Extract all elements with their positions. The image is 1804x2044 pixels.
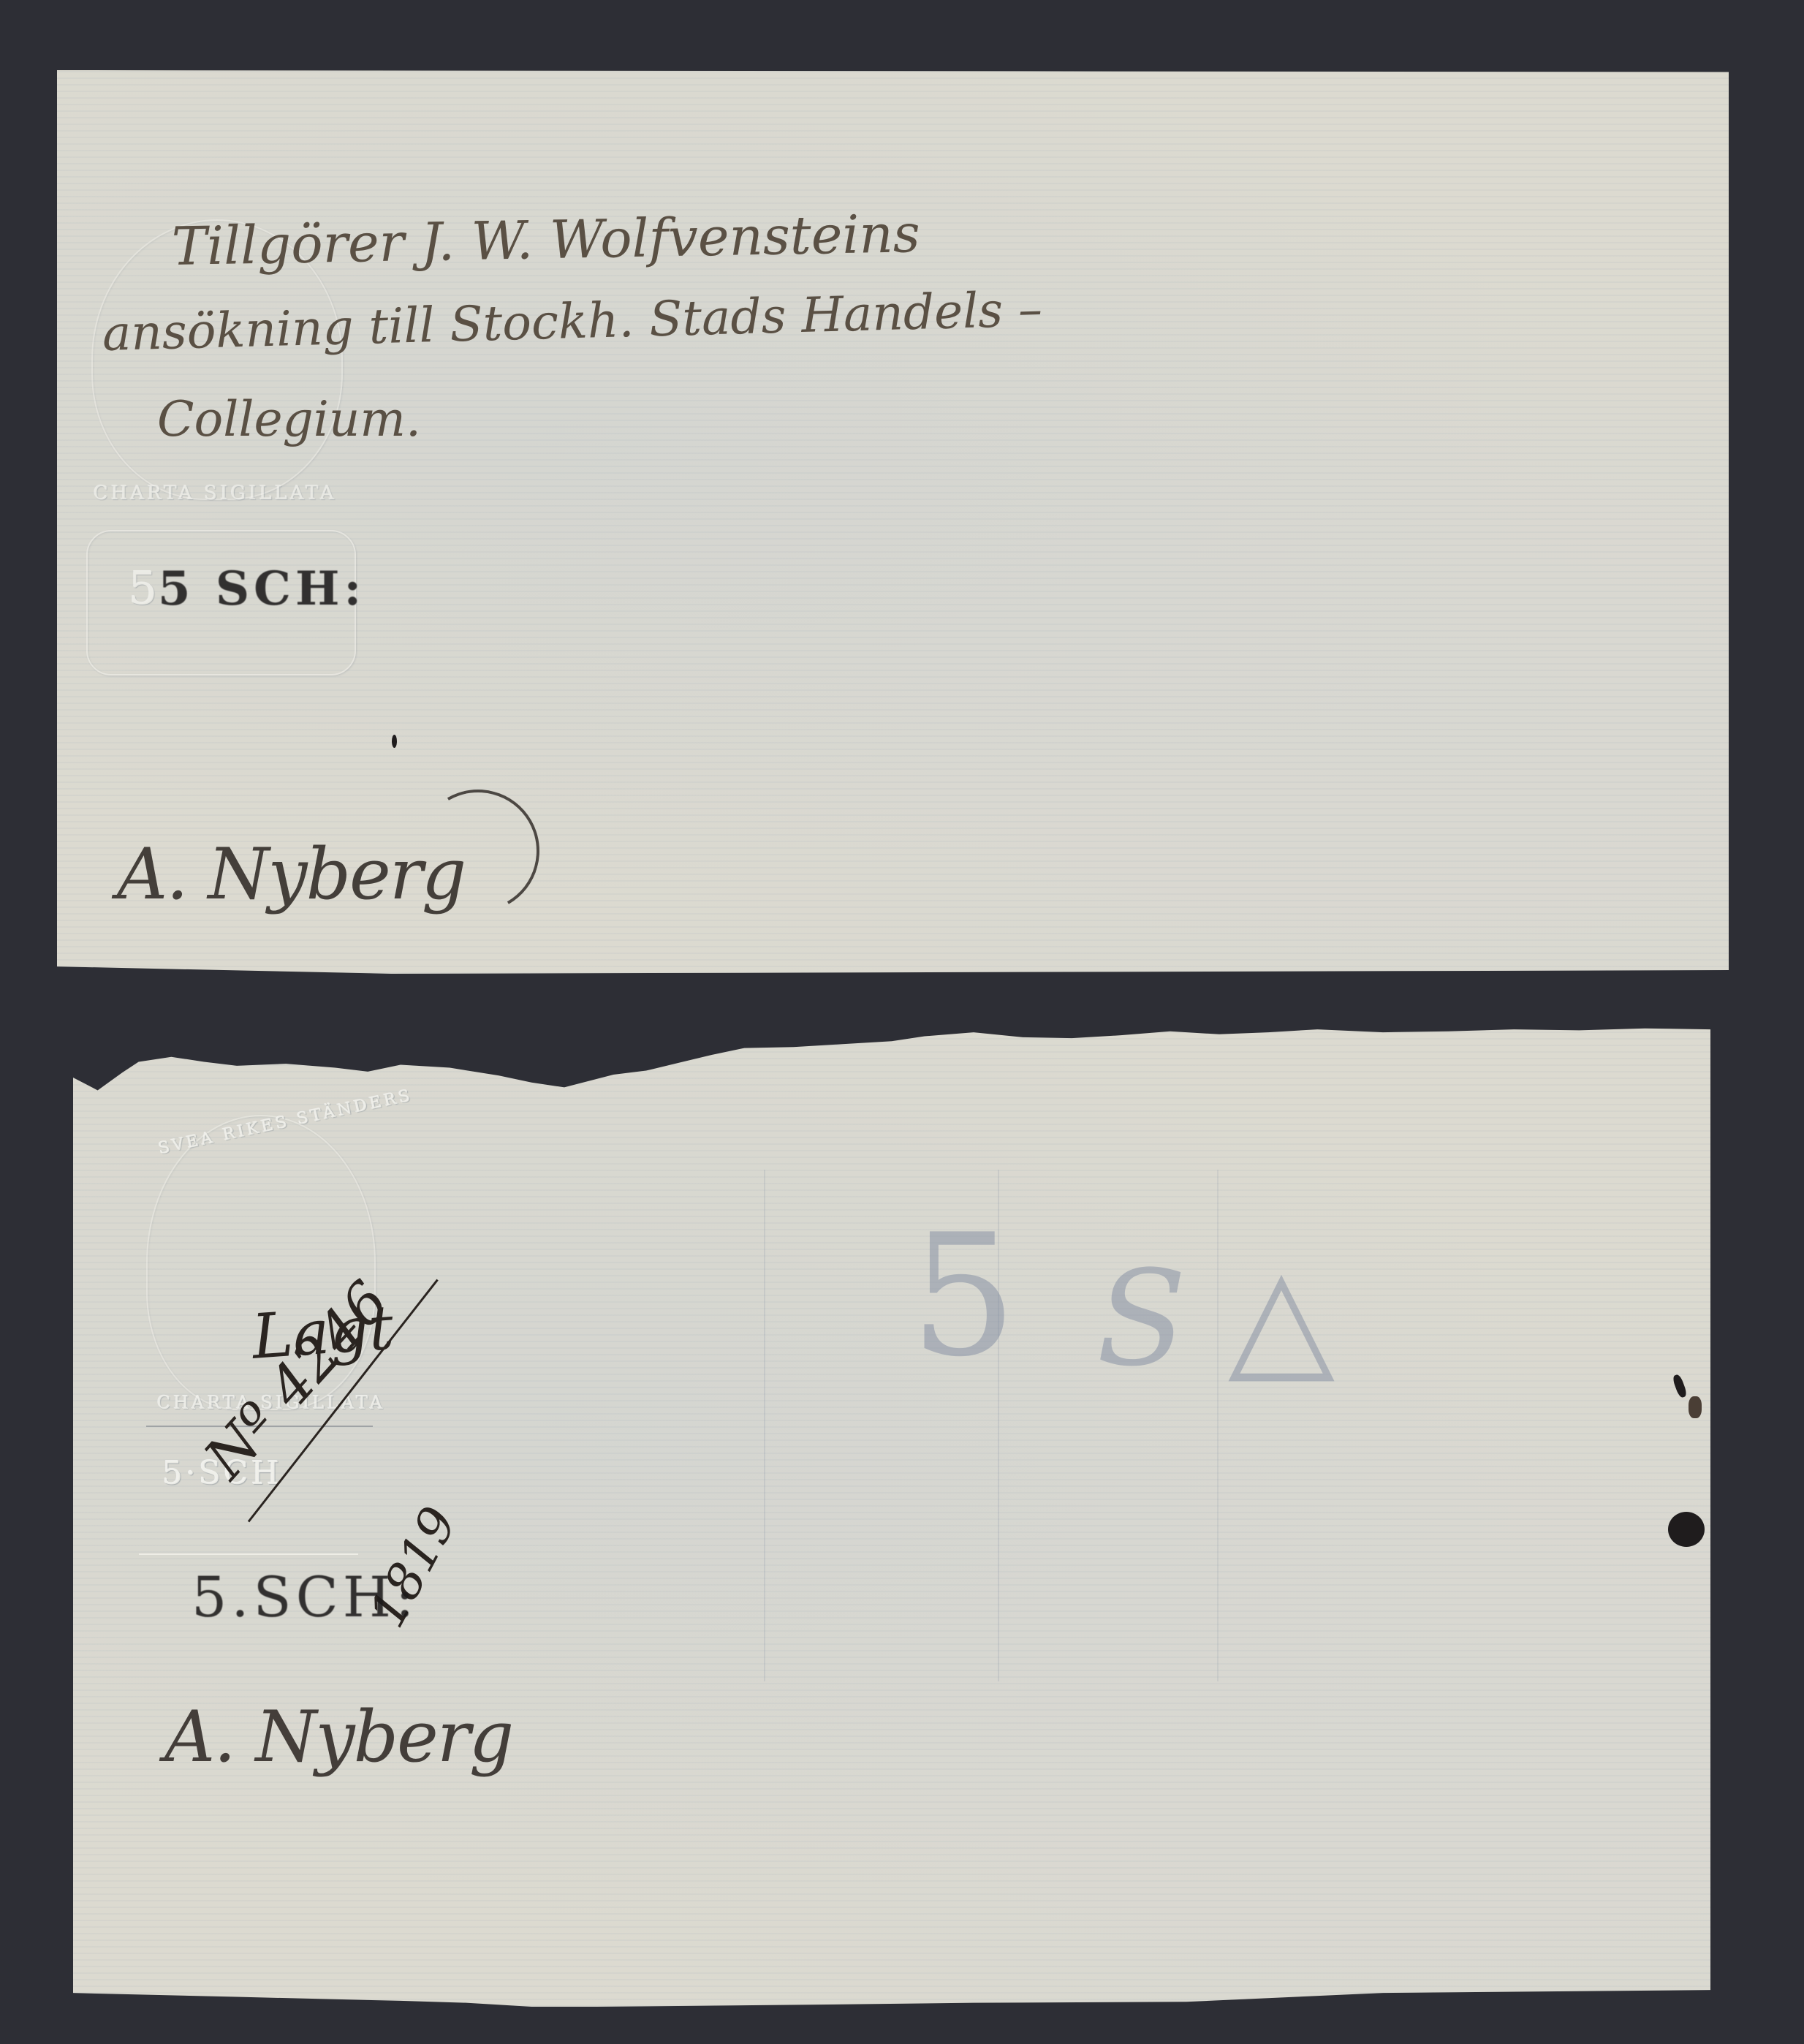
watermark-digit-5: 5 xyxy=(910,1199,1017,1394)
watermark-letter-s: S xyxy=(1096,1243,1186,1396)
ink-blot-3 xyxy=(1668,1512,1705,1547)
ink-blot-2 xyxy=(1689,1396,1702,1418)
embossed-band-text-top: CHARTA SIGILLATA xyxy=(94,482,337,504)
embossed-rule-bottom-2 xyxy=(139,1553,358,1555)
black-stamp-5sch-bottom: 5.SCH: xyxy=(192,1564,419,1629)
handwriting-line-3: Collegium. xyxy=(157,391,421,447)
signature-bottom: A. Nyberg xyxy=(164,1696,512,1778)
embossed-value-top: 5 xyxy=(129,561,160,615)
watermark-triangle-icon: △ xyxy=(1228,1235,1335,1397)
faint-rule-vertical-1 xyxy=(764,1170,765,1681)
faint-rule-vertical-3 xyxy=(1217,1170,1219,1681)
black-stamp-5sch-top: 5 SCH: xyxy=(158,561,365,616)
handwriting-line-1: Tillgörer J. W. Wolfvensteins xyxy=(171,202,920,277)
signature-top: A. Nyberg xyxy=(117,833,465,915)
ink-dot-top xyxy=(392,735,397,748)
